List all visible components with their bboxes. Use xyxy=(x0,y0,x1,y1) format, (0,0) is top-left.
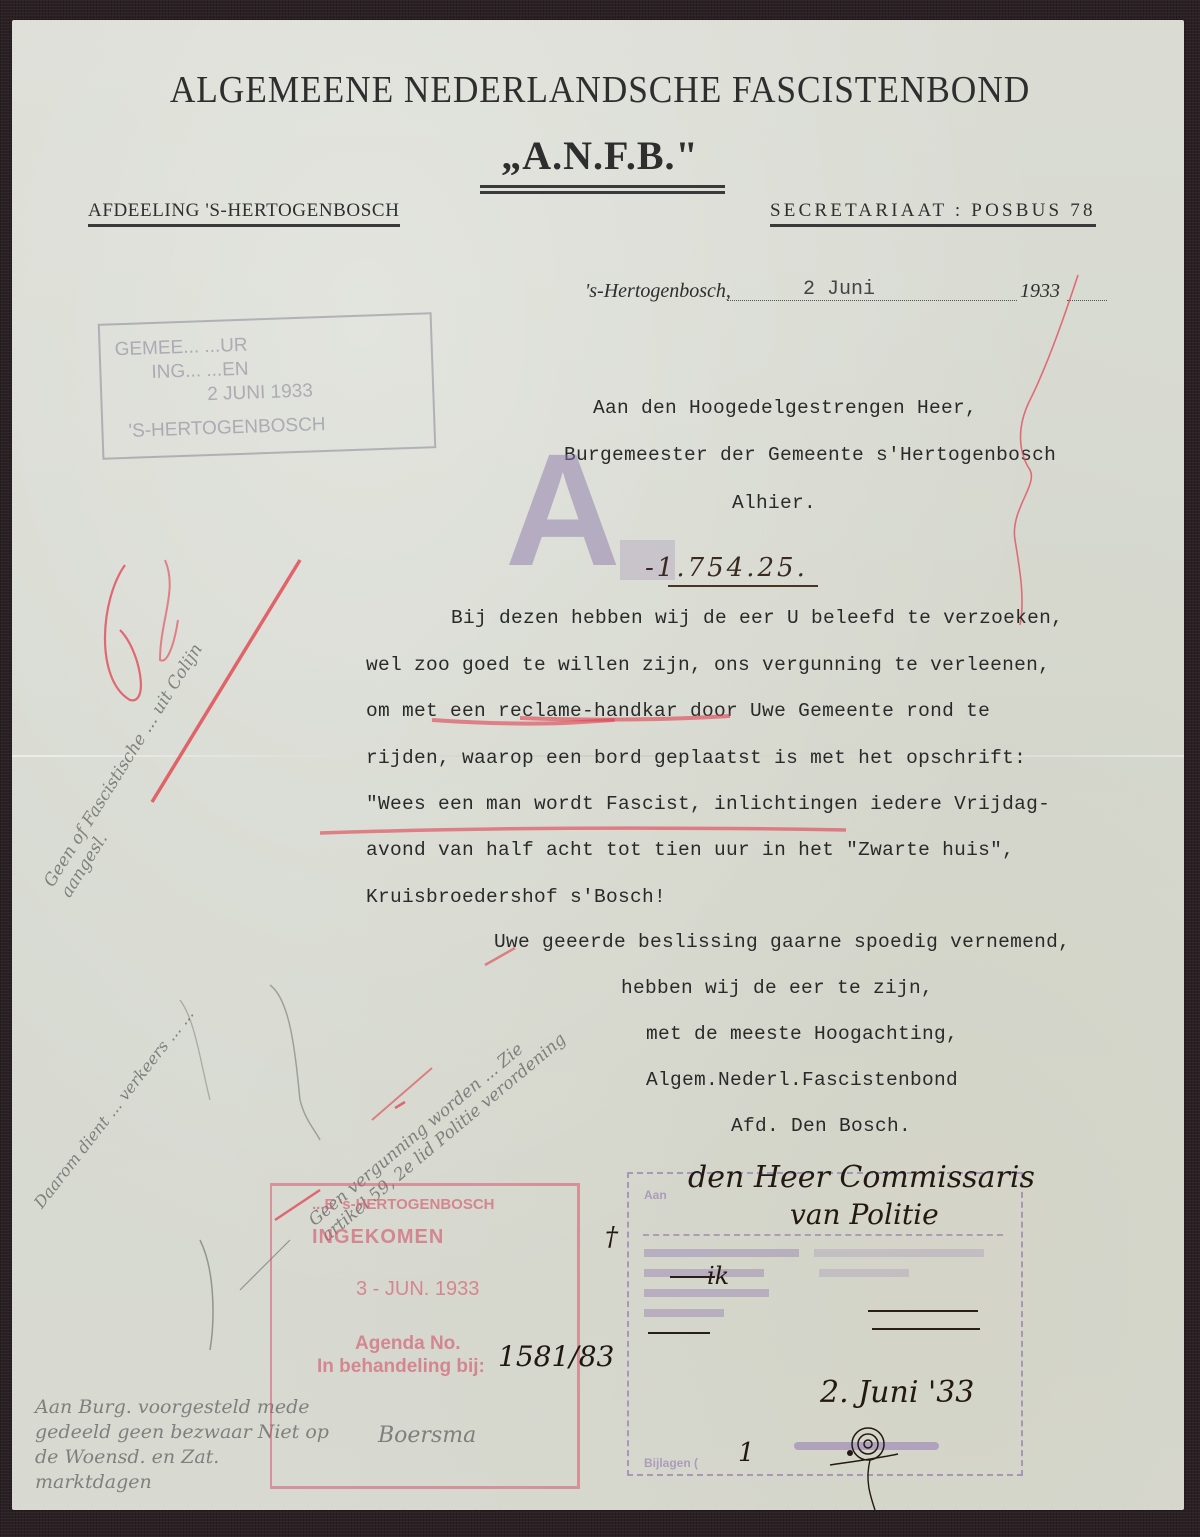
stamp-status: INGEKOMEN xyxy=(312,1226,444,1249)
stamp-date: 3 - JUN. 1933 xyxy=(356,1278,479,1301)
handling-label: In behandeling bij: xyxy=(317,1356,485,1378)
stamp-header: ...E 's-HERTOGENBOSCH xyxy=(312,1196,494,1213)
stamp-text-block xyxy=(814,1249,984,1257)
closing-line-2: hebben wij de eer te zijn, xyxy=(621,977,933,999)
handwritten-mark: † xyxy=(605,1222,618,1252)
stamp-divider xyxy=(643,1234,1003,1237)
stamp-text-block xyxy=(644,1249,799,1257)
handwritten-addressee-2: van Politie xyxy=(790,1198,939,1231)
closing-line-5: Afd. Den Bosch. xyxy=(731,1115,911,1137)
strike-line xyxy=(868,1310,978,1312)
agenda-label: Agenda No. xyxy=(355,1333,461,1355)
bijlagen-label: Bijlagen ( xyxy=(644,1456,698,1470)
stamp-text-block xyxy=(644,1289,769,1297)
closing-line-4: Algem.Nederl.Fascistenbond xyxy=(646,1069,958,1091)
strike-line xyxy=(648,1332,710,1334)
handwritten-addressee-1: den Heer Commissaris xyxy=(688,1160,1035,1195)
ingekomen-stamp: ...E 's-HERTOGENBOSCH INGEKOMEN 3 - JUN.… xyxy=(270,1183,580,1489)
bijlagen-count: 1 xyxy=(738,1438,755,1468)
signature-flourish xyxy=(820,1410,920,1520)
strike-line xyxy=(670,1276,715,1278)
closing-line-3: met de meeste Hoogachting, xyxy=(646,1023,958,1045)
stamp-text-block xyxy=(819,1269,909,1277)
agenda-number: 1581/83 xyxy=(498,1340,614,1373)
stamp-text-block xyxy=(644,1309,724,1317)
forward-stamp-prefix: Aan xyxy=(644,1188,667,1202)
handwritten-date: 2. Juni '33 xyxy=(820,1375,974,1410)
strike-line xyxy=(872,1328,980,1330)
closing-line-1: Uwe geeerde beslissing gaarne spoedig ve… xyxy=(494,931,1070,953)
